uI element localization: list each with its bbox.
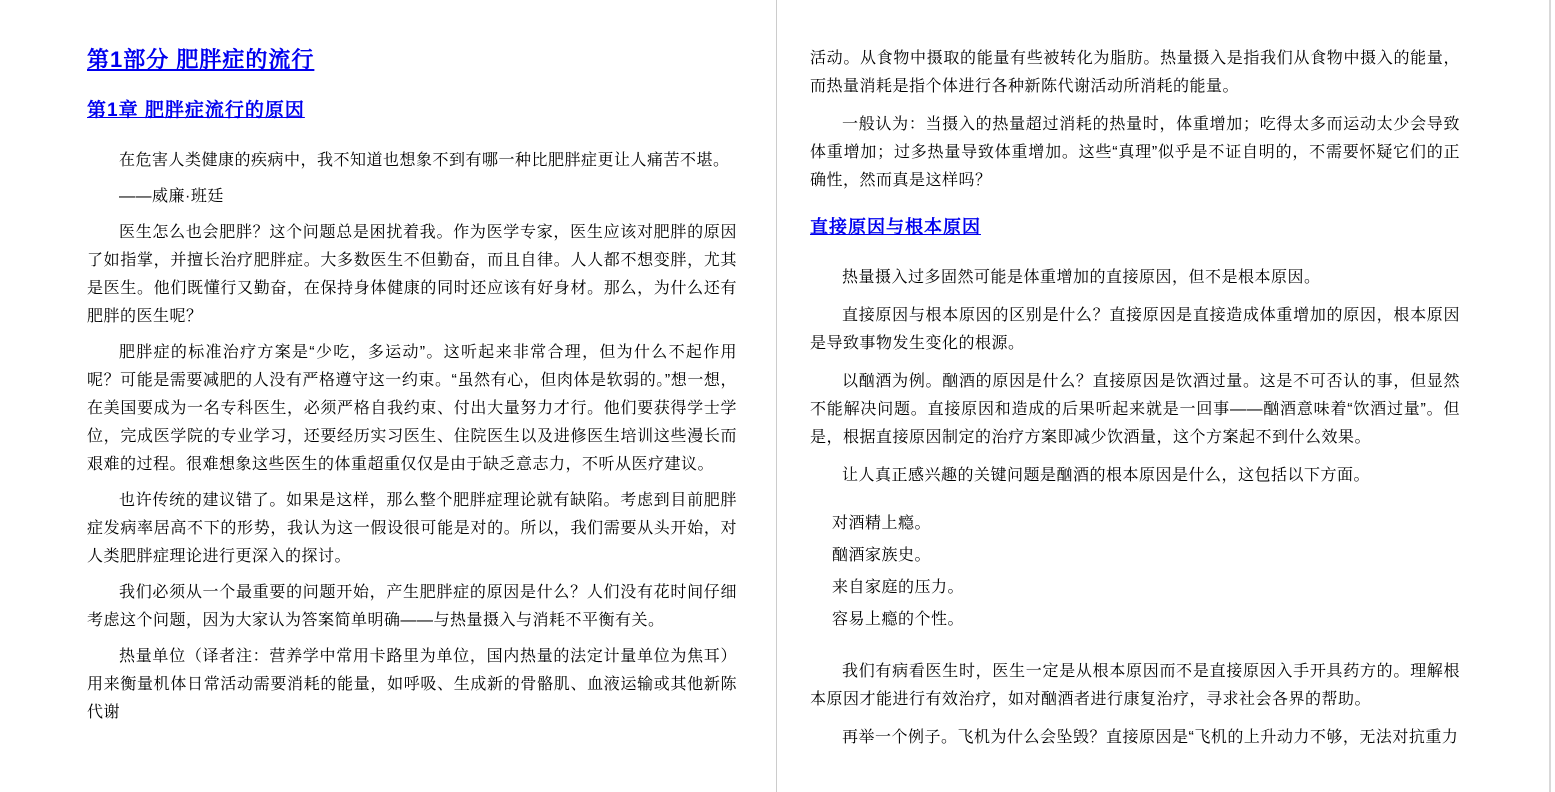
left-page: 第1部分 肥胖症的流行 第1章 肥胖症流行的原因 在危害人类健康的疾病中，我不知… bbox=[87, 45, 737, 735]
epigraph-quote: 在危害人类健康的疾病中，我不知道也想象不到有哪一种比肥胖症更让人痛苦不堪。 bbox=[87, 147, 737, 175]
window-edge-border bbox=[1549, 0, 1551, 792]
paragraph: 再举一个例子。飞机为什么会坠毁？直接原因是“飞机的上升动力不够，无法对抗重力 bbox=[810, 724, 1460, 752]
section-heading-link[interactable]: 直接原因与根本原因 bbox=[810, 215, 1460, 240]
paragraph: 直接原因与根本原因的区别是什么？直接原因是直接造成体重增加的原因，根本原因是导致… bbox=[810, 302, 1460, 358]
paragraph: 我们必须从一个最重要的问题开始，产生肥胖症的原因是什么？人们没有花时间仔细考虑这… bbox=[87, 579, 737, 635]
paragraph: 让人真正感兴趣的关键问题是酗酒的根本原因是什么，这包括以下方面。 bbox=[810, 462, 1460, 490]
paragraph: 医生怎么也会肥胖？这个问题总是困扰着我。作为医学专家，医生应该对肥胖的原因了如指… bbox=[87, 219, 737, 331]
epigraph-author: ——威廉·班廷 bbox=[87, 183, 737, 211]
list-item: 来自家庭的压力。 bbox=[810, 572, 1460, 604]
paragraph: 以酗酒为例。酗酒的原因是什么？直接原因是饮酒过量。这是不可否认的事，但显然不能解… bbox=[810, 368, 1460, 452]
list-item: 酗酒家族史。 bbox=[810, 540, 1460, 572]
paragraph: 也许传统的建议错了。如果是这样，那么整个肥胖症理论就有缺陷。考虑到目前肥胖症发病… bbox=[87, 487, 737, 571]
paragraph: 热量摄入过多固然可能是体重增加的直接原因，但不是根本原因。 bbox=[810, 264, 1460, 292]
page-divider bbox=[776, 0, 777, 792]
cause-list: 对酒精上瘾。 酗酒家族史。 来自家庭的压力。 容易上瘾的个性。 bbox=[810, 508, 1460, 636]
paragraph-continuation: 活动。从食物中摄取的能量有些被转化为脂肪。热量摄入是指我们从食物中摄入的能量，而… bbox=[810, 45, 1460, 101]
paragraph: 一般认为：当摄入的热量超过消耗的热量时，体重增加；吃得太多而运动太少会导致体重增… bbox=[810, 111, 1460, 195]
list-item: 对酒精上瘾。 bbox=[810, 508, 1460, 540]
chapter-heading-link[interactable]: 第1章 肥胖症流行的原因 bbox=[87, 98, 737, 123]
paragraph: 我们有病看医生时，医生一定是从根本原因而不是直接原因入手开具药方的。理解根本原因… bbox=[810, 658, 1460, 714]
paragraph: 热量单位（译者注：营养学中常用卡路里为单位，国内热量的法定计量单位为焦耳）用来衡… bbox=[87, 643, 737, 727]
book-reader: 第1部分 肥胖症的流行 第1章 肥胖症流行的原因 在危害人类健康的疾病中，我不知… bbox=[0, 0, 1555, 792]
right-page: 活动。从食物中摄取的能量有些被转化为脂肪。热量摄入是指我们从食物中摄入的能量，而… bbox=[810, 45, 1460, 762]
part-heading-link[interactable]: 第1部分 肥胖症的流行 bbox=[87, 45, 737, 74]
paragraph: 肥胖症的标准治疗方案是“少吃，多运动”。这听起来非常合理，但为什么不起作用呢？可… bbox=[87, 339, 737, 479]
list-item: 容易上瘾的个性。 bbox=[810, 604, 1460, 636]
